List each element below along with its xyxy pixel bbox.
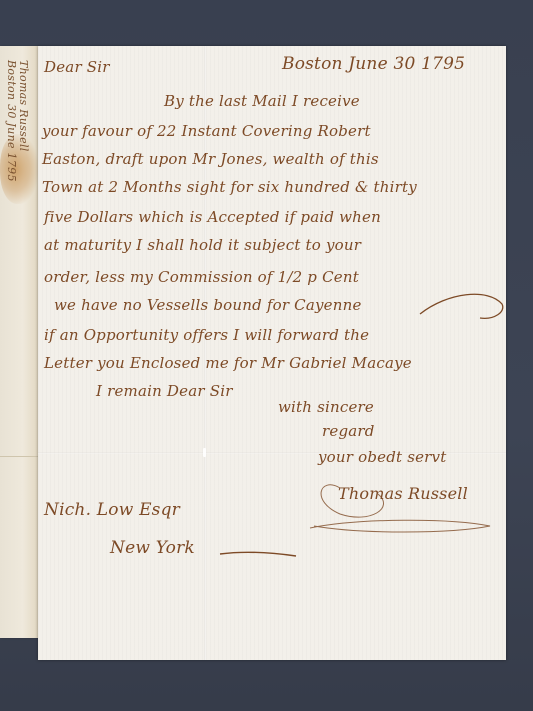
closing-line-3: regard xyxy=(322,422,375,440)
body-line-4: Town at 2 Months sight for six hundred &… xyxy=(42,178,417,196)
salutation: Dear Sir xyxy=(44,58,110,76)
addressee-name: Nich. Low Esqr xyxy=(44,500,180,520)
letter-sheet: Dear Sir Boston June 30 1795 By the last… xyxy=(38,46,506,660)
commission-flourish xyxy=(418,286,508,326)
body-line-10: Letter you Enclosed me for Mr Gabriel Ma… xyxy=(44,354,412,372)
addressee-place: New York xyxy=(110,538,195,558)
fold-tear xyxy=(203,448,206,457)
fold-line xyxy=(0,456,38,457)
docket-notation: Thomas Russell Boston 30 June 1795 xyxy=(4,56,34,236)
body-line-6: at maturity I shall hold it subject to y… xyxy=(44,236,361,254)
closing-line-1: I remain Dear Sir xyxy=(96,382,233,400)
closing-line-2: with sincere xyxy=(278,398,374,416)
body-line-3: Easton, draft upon Mr Jones, wealth of t… xyxy=(42,150,379,168)
body-line-9: if an Opportunity offers I will forward … xyxy=(44,326,369,344)
body-line-1: By the last Mail I receive xyxy=(164,92,360,110)
body-line-7: order, less my Commission of 1/2 p Cent xyxy=(44,268,359,286)
docket-flap: Thomas Russell Boston 30 June 1795 xyxy=(0,46,38,638)
signature-flourish xyxy=(300,466,500,536)
closing-line-4: your obedt servt xyxy=(318,448,446,466)
body-line-2: your favour of 22 Instant Covering Rober… xyxy=(42,122,371,140)
dateline: Boston June 30 1795 xyxy=(282,54,465,74)
body-line-8: we have no Vessells bound for Cayenne xyxy=(54,296,362,314)
docket-line-name: Thomas Russell xyxy=(17,60,30,152)
place-underline-flourish xyxy=(218,546,298,560)
docket-line-date: Boston 30 June 1795 xyxy=(5,60,18,182)
body-line-5: five Dollars which is Accepted if paid w… xyxy=(44,208,381,226)
